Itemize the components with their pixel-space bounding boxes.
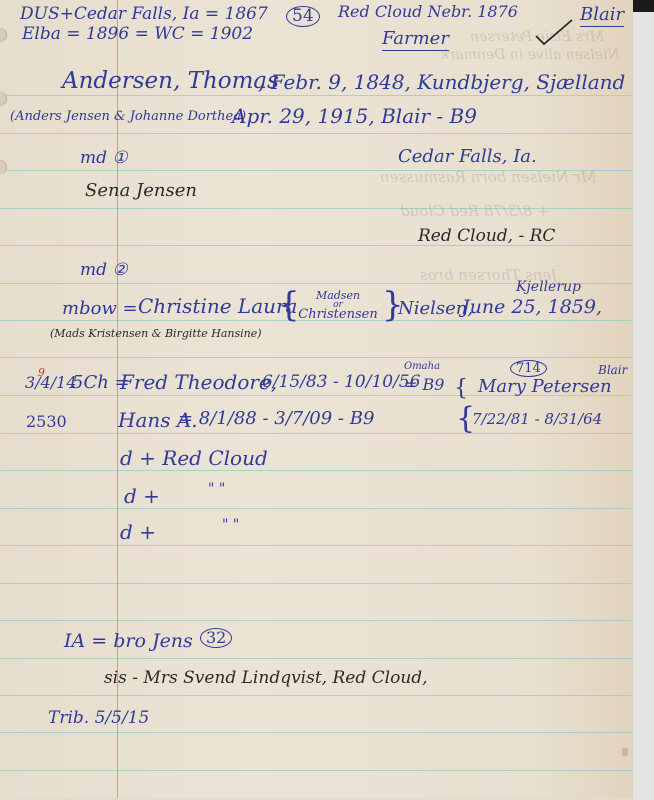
place-tag: Blair xyxy=(580,6,624,24)
record-number-circle: 54 xyxy=(286,6,320,27)
child-1-spouse-ref-circle: 714 xyxy=(510,360,547,377)
marriage-2-spouse-given: Christine Laura xyxy=(138,296,297,316)
child-3-entry: d + Red Cloud xyxy=(120,448,268,468)
children-ref-code: 2530 xyxy=(26,414,67,430)
occupation-text: Farmer xyxy=(382,28,449,51)
place-tag-text: Blair xyxy=(580,4,624,27)
source-note: Trib. 5/5/15 xyxy=(48,710,149,727)
marriage-2-prefix: mbow = xyxy=(62,300,138,318)
sister-note: sis - Mrs Svend Lindqvist, Red Cloud, xyxy=(104,670,428,687)
child-1-death-place: Omaha xyxy=(404,362,440,372)
ruled-line xyxy=(0,470,633,471)
subject-death: Apr. 29, 1915, Blair - B9 xyxy=(232,106,477,126)
subject-name: Andersen, Thomas xyxy=(62,70,279,93)
children-date-note: 3/4/14 xyxy=(25,375,77,391)
ruled-line xyxy=(0,357,633,358)
relation-ref-circle: 32 xyxy=(200,628,232,648)
paper-stain xyxy=(622,748,628,756)
child-1-spouse: Mary Petersen xyxy=(478,378,612,396)
ruled-line xyxy=(0,583,633,584)
ruled-line xyxy=(0,658,633,659)
header-emigration-note: DUS+Cedar Falls, Ia = 1867 xyxy=(20,6,268,23)
child-1-spouse-place: Blair xyxy=(598,364,627,376)
header-arrival-note: Red Cloud Nebr. 1876 xyxy=(338,4,518,20)
relation-ref: 32 xyxy=(200,628,232,648)
child-5-entry: d + xyxy=(120,522,156,542)
ruled-line xyxy=(0,770,633,771)
child-4-ditto: " " xyxy=(208,482,225,496)
record-number: 54 xyxy=(286,6,320,27)
child-1-name: Fred Theodore, xyxy=(120,372,277,392)
subject-birth: , Febr. 9, 1848, Kundbjerg, Sjælland xyxy=(258,72,625,92)
bleed-through-text: + 8/3/78 Red Cloud xyxy=(400,204,550,219)
alt-surname-stack: Madsen or Christensen xyxy=(290,290,386,321)
child-1-spouse-ref: 714 xyxy=(510,360,547,377)
bleed-through-text: Nielsen alive in Denmark xyxy=(440,48,620,62)
child-4-entry: d + xyxy=(124,486,160,506)
ruled-line xyxy=(0,508,633,509)
marriage-1-label: md ① xyxy=(80,150,128,167)
relation-note: IA = bro Jens xyxy=(64,632,193,651)
marriage-2-parents: (Mads Kristensen & Birgitte Hansine) xyxy=(50,328,262,339)
ruled-line xyxy=(0,695,633,696)
alt-surname-bottom: Christensen xyxy=(290,309,386,321)
occupation: Farmer xyxy=(382,30,449,48)
marriage-2-label: md ② xyxy=(80,262,128,279)
punch-hole xyxy=(0,28,7,42)
marriage-1-spouse: Sena Jensen xyxy=(85,182,197,200)
child-1-spouse-dates: 7/22/81 - 8/31/64 xyxy=(472,412,602,427)
ruled-line xyxy=(0,95,633,96)
marriage-2-birth-date: June 25, 1859, xyxy=(462,298,602,317)
ruled-line xyxy=(0,433,633,434)
notebook-page: Mrs Elsie Petersen Nielsen alive in Denm… xyxy=(0,0,633,798)
child-1-burial: = B9 xyxy=(404,377,444,393)
child-5-ditto: " " xyxy=(222,518,239,532)
bleed-through-text: Mr Nielsen born Rasmussen xyxy=(380,170,596,185)
marriage-1-place: Cedar Falls, Ia. xyxy=(398,148,537,166)
ruled-line xyxy=(0,133,633,134)
header-residence-note: Elba = 1896 = WC = 1902 xyxy=(22,26,253,43)
child-1-dates: 6/15/83 - 10/10/56 xyxy=(262,374,420,391)
ruled-line xyxy=(0,732,633,733)
scan-edge-dark xyxy=(633,0,654,12)
ruled-line xyxy=(0,620,633,621)
child-2-dates: = 8/1/88 - 3/7/09 - B9 xyxy=(178,410,374,428)
child-1-spouse-brace: { xyxy=(454,378,468,400)
punch-hole xyxy=(0,160,7,174)
checkmark-icon xyxy=(534,18,574,48)
ruled-line xyxy=(0,545,633,546)
marriage-1-residence: Red Cloud, - RC xyxy=(418,228,555,245)
subject-parents: (Anders Jensen & Johanne Dorthea) xyxy=(10,110,246,123)
marriage-2-birthplace: Kjellerup xyxy=(516,280,581,294)
scan-backdrop xyxy=(633,12,654,800)
